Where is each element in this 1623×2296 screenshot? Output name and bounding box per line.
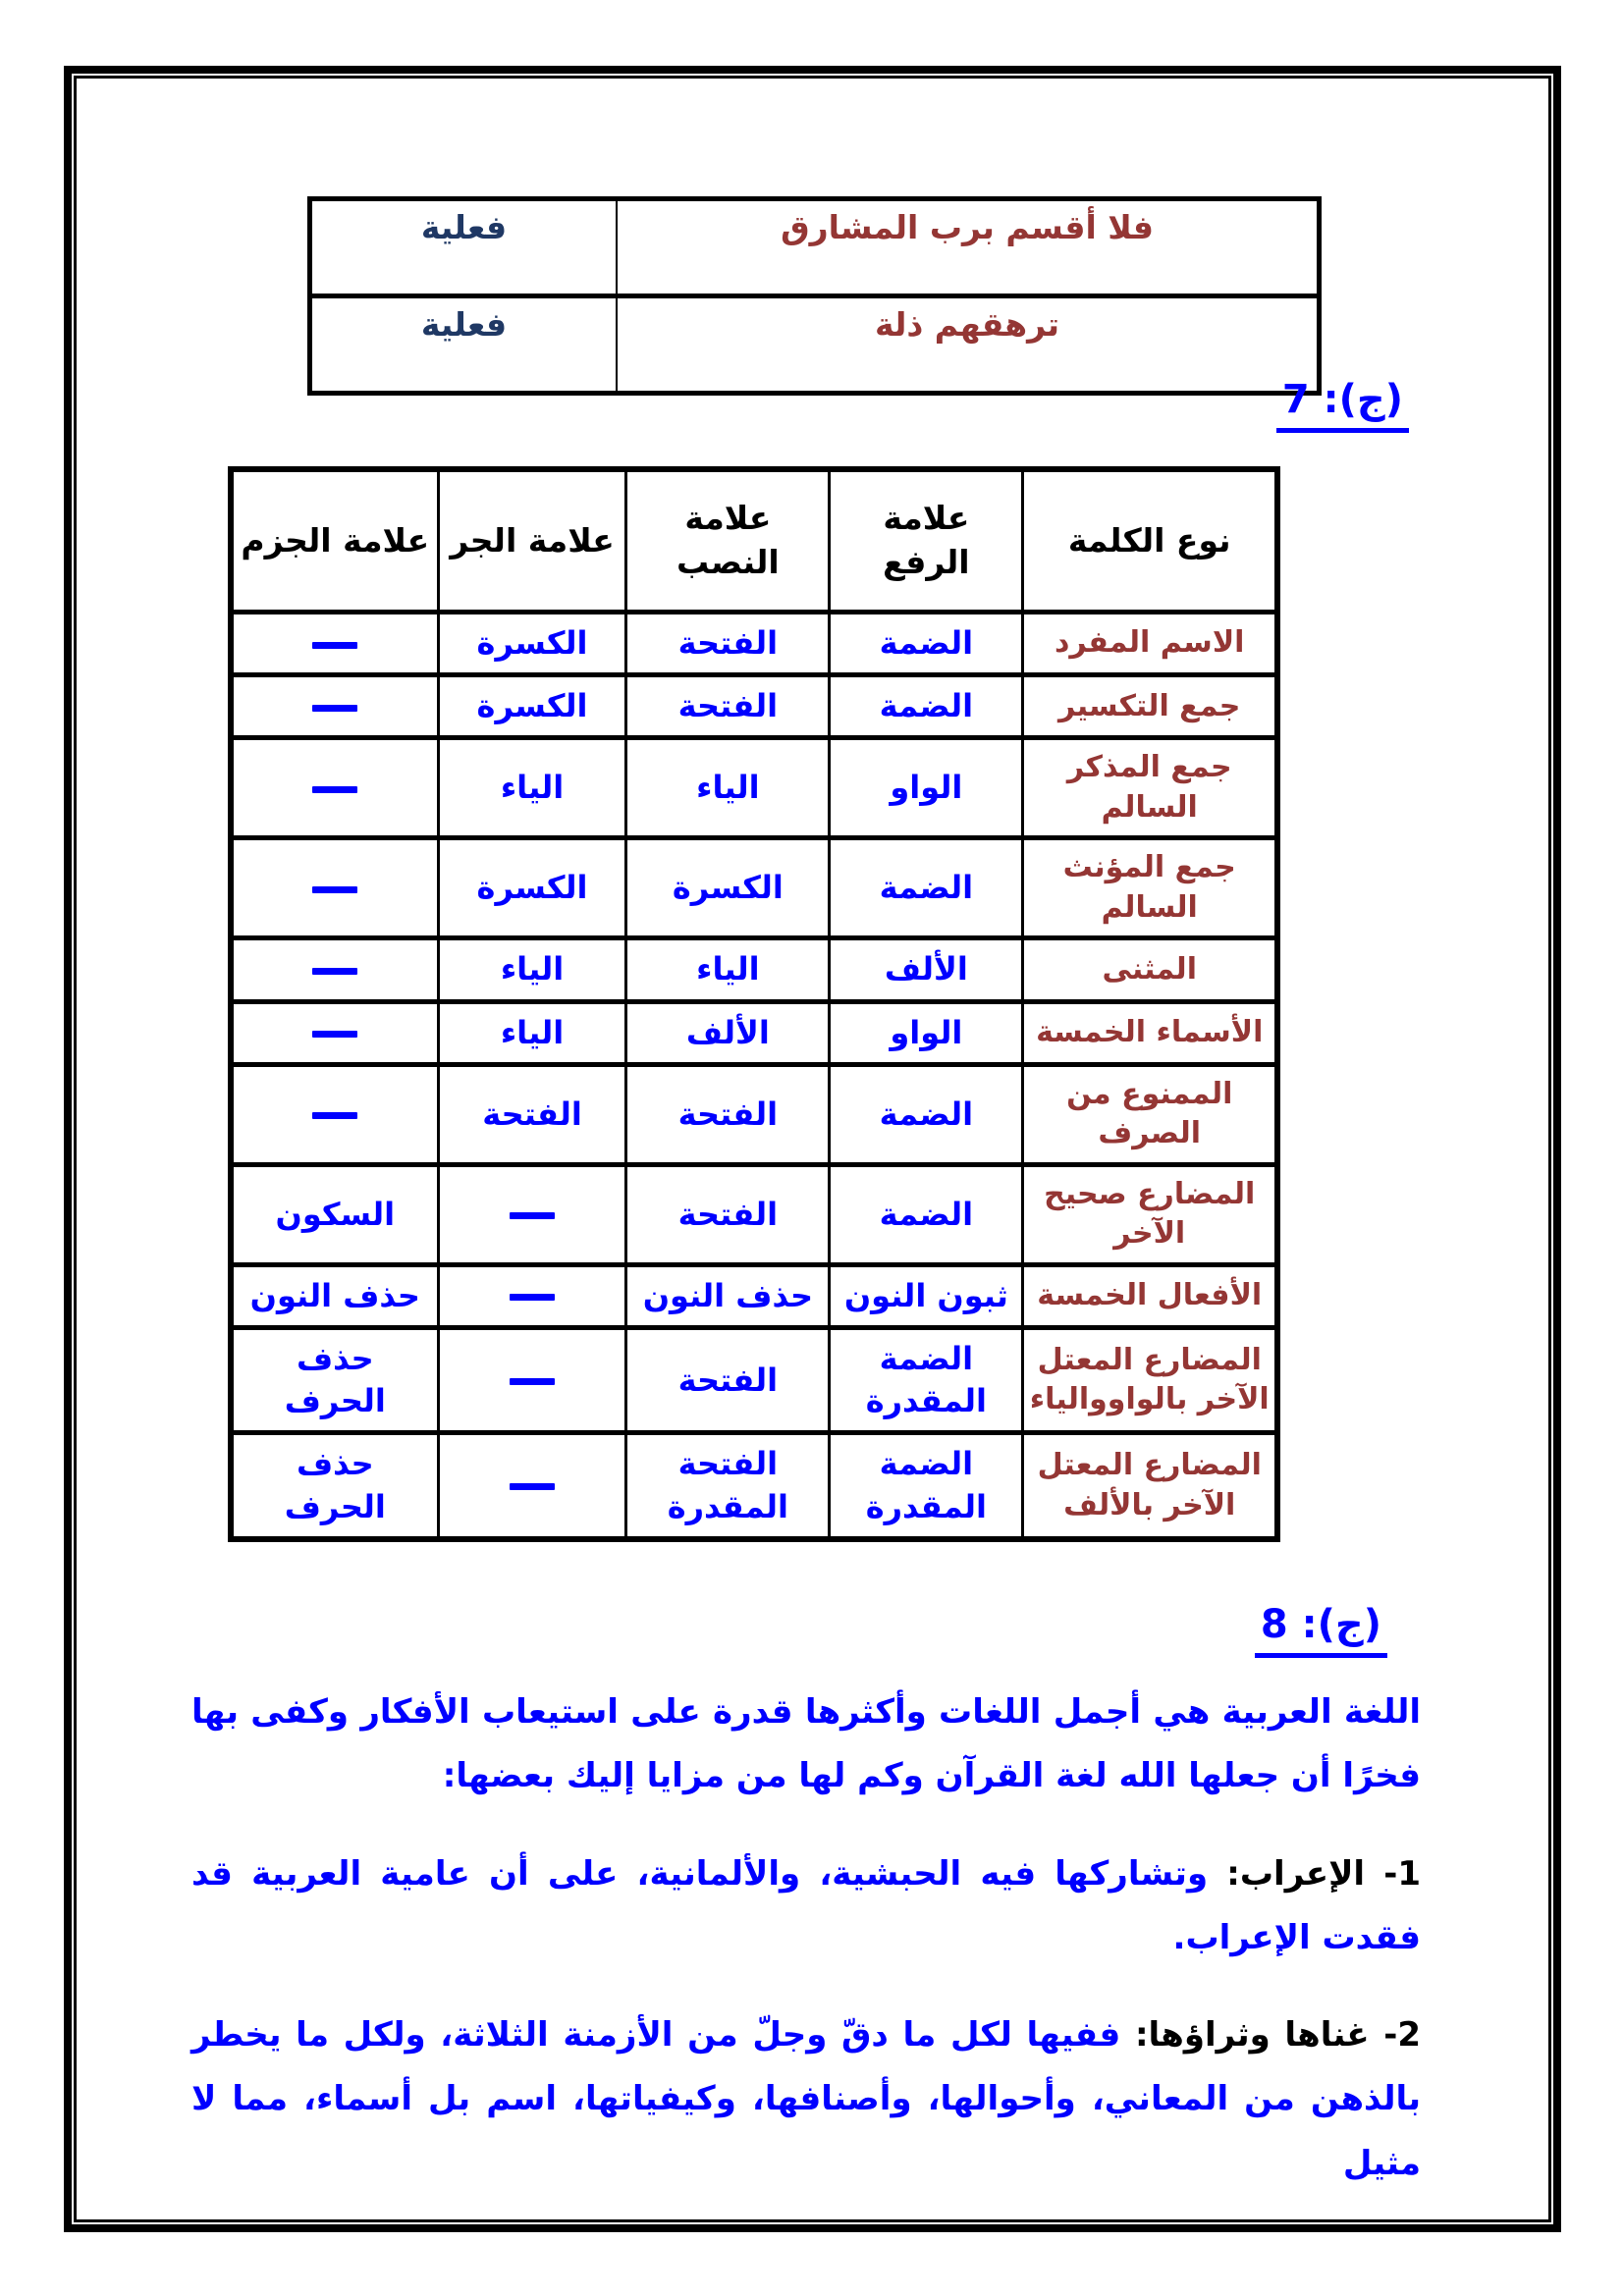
sign-value-cell: الفتحة xyxy=(626,613,830,675)
sign-value-cell: الفتحة xyxy=(438,1064,626,1164)
word-type-cell: الممنوع من الصرف xyxy=(1023,1064,1277,1164)
dash xyxy=(312,642,357,649)
dash xyxy=(510,1212,555,1219)
sign-value-cell xyxy=(438,1433,626,1539)
document-page: { "page": {"background": "#ffffff"}, "co… xyxy=(0,0,1623,2296)
item-number-label: 2- غناها وثراؤها: xyxy=(1135,2015,1421,2055)
sign-value-cell: الكسرة xyxy=(438,675,626,738)
sign-value-cell xyxy=(438,1164,626,1264)
sign-value-cell: حذف النون xyxy=(231,1264,438,1327)
word-type-cell: جمع المذكر السالم xyxy=(1023,738,1277,838)
sign-value-cell: الفتحة xyxy=(626,1327,830,1432)
sign-value-cell xyxy=(231,675,438,738)
column-header: علامة النصب xyxy=(626,469,830,613)
table-row: ترهقهم ذلة فعلية xyxy=(310,296,1320,394)
sign-value-cell: الضمة xyxy=(830,838,1023,938)
sign-value-cell: الضمة xyxy=(830,613,1023,675)
sign-value-cell: حذف الحرف xyxy=(231,1433,438,1539)
header-row: نوع الكلمةعلامة الرفععلامة النصبعلامة ال… xyxy=(231,469,1277,613)
sign-value-cell: الضمة المقدرة xyxy=(830,1327,1023,1432)
sign-value-cell: الواو xyxy=(830,738,1023,838)
table-row: جمع المذكر السالمالواوالياءالياء xyxy=(231,738,1277,838)
sign-value-cell: الكسرة xyxy=(626,838,830,938)
word-type-cell: الأسماء الخمسة xyxy=(1023,1001,1277,1064)
sentence-type-table: فلا أقسم برب المشارق فعلية ترهقهم ذلة فع… xyxy=(307,196,1322,396)
sign-value-cell xyxy=(231,1001,438,1064)
sign-value-cell: الألف xyxy=(626,1001,830,1064)
dash xyxy=(312,968,357,975)
word-type-cell: المثنى xyxy=(1023,938,1277,1001)
sign-value-cell xyxy=(231,838,438,938)
table-row: جمع المؤنث السالمالضمةالكسرةالكسرة xyxy=(231,838,1277,938)
sign-value-cell: ثبون النون xyxy=(830,1264,1023,1327)
word-type-cell: المضارع المعتل الآخر بالواووالياء xyxy=(1023,1327,1277,1432)
sign-value-cell: الضمة xyxy=(830,1064,1023,1164)
section-8-body: اللغة العربية هي أجمل اللغات وأكثرها قدر… xyxy=(191,1681,1421,2229)
sign-value-cell: الياء xyxy=(626,938,830,1001)
intro-paragraph: اللغة العربية هي أجمل اللغات وأكثرها قدر… xyxy=(191,1681,1421,1809)
sign-value-cell xyxy=(438,1264,626,1327)
sign-value-cell xyxy=(231,1064,438,1164)
sentence-kind-cell: فعلية xyxy=(310,199,618,296)
dash xyxy=(510,1378,555,1385)
sign-value-cell: حذف النون xyxy=(626,1264,830,1327)
table-row: المثنىالألفالياءالياء xyxy=(231,938,1277,1001)
table-row: المضارع صحيح الآخرالضمةالفتحةالسكون xyxy=(231,1164,1277,1264)
dash xyxy=(312,705,357,712)
dash xyxy=(312,1031,357,1038)
sentence-kind-cell: فعلية xyxy=(310,296,618,394)
sign-value-cell: السكون xyxy=(231,1164,438,1264)
sign-value-cell: الفتحة المقدرة xyxy=(626,1433,830,1539)
word-type-cell: جمع المؤنث السالم xyxy=(1023,838,1277,938)
sign-value-cell: الألف xyxy=(830,938,1023,1001)
sign-value-cell: الياء xyxy=(626,738,830,838)
table-row: فلا أقسم برب المشارق فعلية xyxy=(310,199,1320,296)
section-7-heading-text: (ج): 7 xyxy=(1276,377,1409,433)
dash xyxy=(312,886,357,893)
quote-cell: فلا أقسم برب المشارق xyxy=(617,199,1319,296)
table-row: الأسماء الخمسةالواوالألفالياء xyxy=(231,1001,1277,1064)
table-row: المضارع المعتل الآخر بالألفالضمة المقدرة… xyxy=(231,1433,1277,1539)
table-row: الاسم المفردالضمةالفتحةالكسرة xyxy=(231,613,1277,675)
word-type-cell: الأفعال الخمسة xyxy=(1023,1264,1277,1327)
sign-value-cell xyxy=(231,938,438,1001)
sign-value-cell: الياء xyxy=(438,1001,626,1064)
sign-value-cell xyxy=(231,738,438,838)
column-header: علامة الجزم xyxy=(231,469,438,613)
word-type-cell: الاسم المفرد xyxy=(1023,613,1277,675)
dash xyxy=(312,1112,357,1119)
column-header: نوع الكلمة xyxy=(1023,469,1277,613)
sign-value-cell: الضمة xyxy=(830,1164,1023,1264)
list-item: 1- الإعراب: وتشاركها فيه الحبشية، والألم… xyxy=(191,1842,1421,1971)
list-item: 2- غناها وثراؤها: ففيها لكل ما دقّ وجلّ … xyxy=(191,2003,1421,2196)
table-row: الممنوع من الصرفالضمةالفتحةالفتحة xyxy=(231,1064,1277,1164)
sign-value-cell: حذف الحرف xyxy=(231,1327,438,1432)
item-number-label: 1- الإعراب: xyxy=(1226,1854,1421,1894)
sign-value-cell: الضمة xyxy=(830,675,1023,738)
table-row: المضارع المعتل الآخر بالواووالياءالضمة ا… xyxy=(231,1327,1277,1432)
table-row: جمع التكسيرالضمةالفتحةالكسرة xyxy=(231,675,1277,738)
sign-value-cell: الكسرة xyxy=(438,613,626,675)
sign-value-cell: الياء xyxy=(438,738,626,838)
word-type-cell: المضارع المعتل الآخر بالألف xyxy=(1023,1433,1277,1539)
sign-value-cell: الياء xyxy=(438,938,626,1001)
column-header: علامة الجر xyxy=(438,469,626,613)
dash xyxy=(510,1483,555,1490)
sign-value-cell: الكسرة xyxy=(438,838,626,938)
section-8-heading-text: (ج): 8 xyxy=(1255,1602,1387,1658)
sign-value-cell: الفتحة xyxy=(626,675,830,738)
word-type-cell: جمع التكسير xyxy=(1023,675,1277,738)
sign-value-cell xyxy=(438,1327,626,1432)
sign-value-cell: الضمة المقدرة xyxy=(830,1433,1023,1539)
sign-value-cell: الفتحة xyxy=(626,1164,830,1264)
section-7-heading: (ج): 7 xyxy=(1276,377,1409,433)
grammar-signs-table: نوع الكلمةعلامة الرفععلامة النصبعلامة ال… xyxy=(228,466,1280,1542)
section-8-heading: (ج): 8 xyxy=(1255,1602,1387,1658)
sign-value-cell xyxy=(231,613,438,675)
dash xyxy=(510,1294,555,1301)
word-type-cell: المضارع صحيح الآخر xyxy=(1023,1164,1277,1264)
column-header: علامة الرفع xyxy=(830,469,1023,613)
table-row: الأفعال الخمسةثبون النونحذف النونحذف الن… xyxy=(231,1264,1277,1327)
quote-cell: ترهقهم ذلة xyxy=(617,296,1319,394)
sign-value-cell: الفتحة xyxy=(626,1064,830,1164)
dash xyxy=(312,786,357,793)
sign-value-cell: الواو xyxy=(830,1001,1023,1064)
